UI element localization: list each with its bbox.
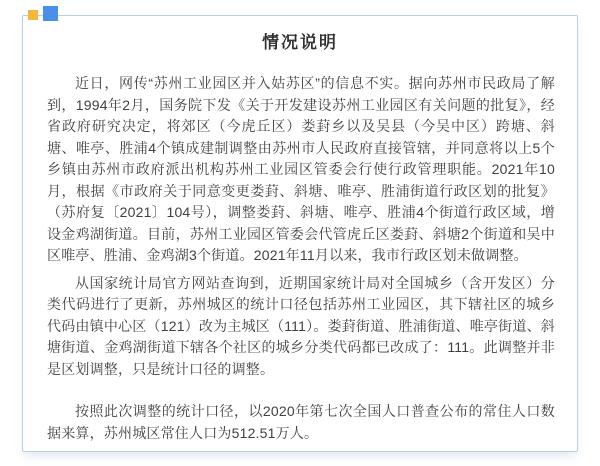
statement-paragraph-3: 按照此次调整的统计口径，以2020年第七次全国人口普查公布的常住人口数据来算，苏… <box>47 401 555 444</box>
statement-card: 情况说明 近日，网传“苏州工业园区并入姑苏区”的信息不实。据向苏州市民政局了解到… <box>22 15 578 452</box>
statement-image: 情况说明 近日，网传“苏州工业园区并入姑苏区”的信息不实。据向苏州市民政局了解到… <box>0 0 600 466</box>
statement-body: 近日，网传“苏州工业园区并入姑苏区”的信息不实。据向苏州市民政局了解到，1994… <box>23 73 577 444</box>
statement-title: 情况说明 <box>23 34 577 51</box>
yellow-square-decoration <box>28 10 38 20</box>
statement-paragraph-2: 从国家统计局官方网站查询到，近期国家统计局对全国城乡（含开发区）分类代码进行了更… <box>47 273 555 381</box>
blue-square-decoration <box>43 6 58 21</box>
statement-paragraph-1: 近日，网传“苏州工业园区并入姑苏区”的信息不实。据向苏州市民政局了解到，1994… <box>47 73 555 267</box>
